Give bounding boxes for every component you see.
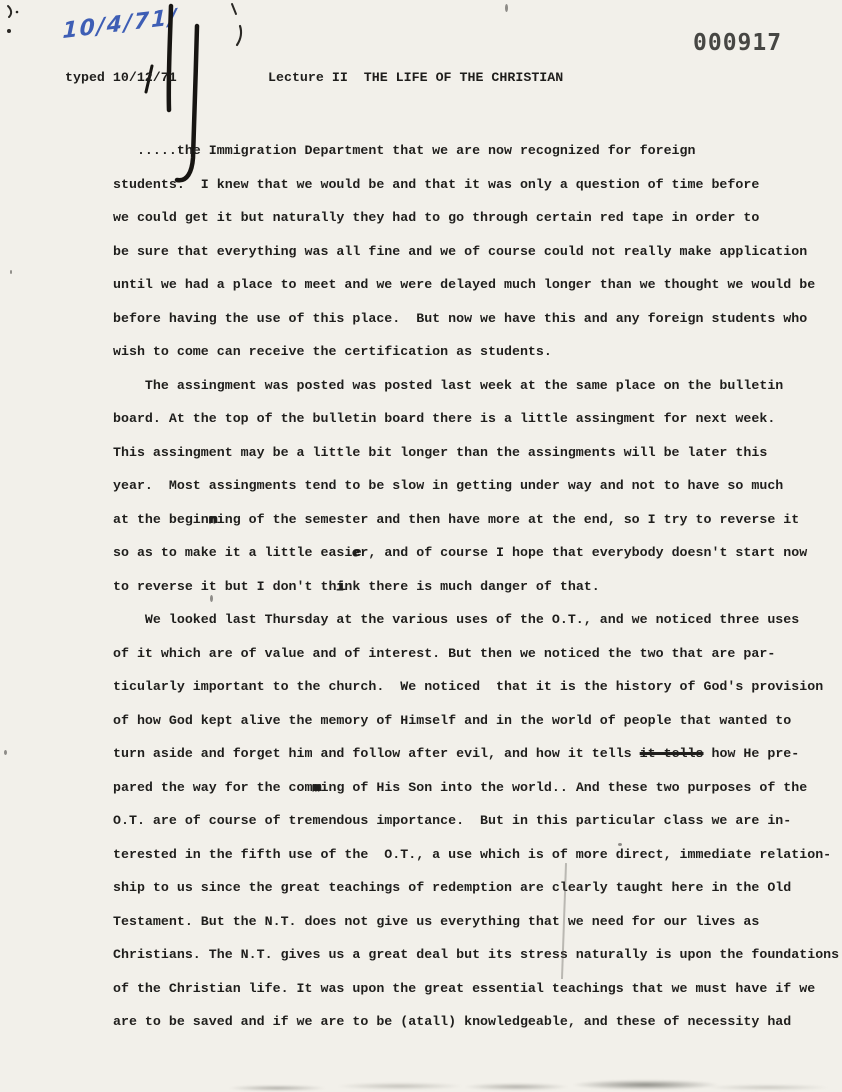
page-number-stamp: 000917	[693, 30, 782, 56]
overstruck-character: e	[352, 545, 360, 560]
text-line: to reverse it but I don't think there is…	[113, 570, 839, 604]
text-line: turn aside and forget him and follow aft…	[113, 737, 839, 771]
text-line: terested in the fifth use of the O.T., a…	[113, 838, 839, 872]
struck-out-text: it tells	[640, 746, 704, 761]
text-line: are to be saved and if we are to be (ata…	[113, 1005, 839, 1039]
document-body: .....the Immigration Department that we …	[113, 134, 839, 1039]
bottom-smudge-mark	[228, 1079, 842, 1092]
overstruck-character: n	[209, 512, 217, 527]
ink-speck	[4, 750, 7, 755]
page-title: Lecture II THE LIFE OF THE CHRISTIAN	[268, 70, 563, 85]
handwritten-date: 10/4/71/	[62, 5, 178, 44]
text-line: ship to us since the great teachings of …	[113, 871, 839, 905]
text-line: year. Most assingments tend to be slow i…	[113, 469, 839, 503]
text-line: Testament. But the N.T. does not give us…	[113, 905, 839, 939]
text-line: until we had a place to meet and we were…	[113, 268, 839, 302]
text-line: pared the way for the comming of His Son…	[113, 771, 839, 805]
overstruck-character: i	[336, 579, 344, 594]
overstruck-character: m	[313, 780, 321, 795]
text-line: board. At the top of the bulletin board …	[113, 402, 839, 436]
text-line: O.T. are of course of tremendous importa…	[113, 804, 839, 838]
text-line: .....the Immigration Department that we …	[113, 134, 839, 168]
text-line: The assingment was posted was posted las…	[113, 369, 839, 403]
text-line: of how God kept alive the memory of Hims…	[113, 704, 839, 738]
text-line: be sure that everything was all fine and…	[113, 235, 839, 269]
text-line: so as to make it a little easier, and of…	[113, 536, 839, 570]
text-line: of the Christian life. It was upon the g…	[113, 972, 839, 1006]
text-line: This assingment may be a little bit long…	[113, 436, 839, 470]
typed-date-label: typed 10/12/71	[65, 70, 177, 85]
text-line: ticularly important to the church. We no…	[113, 670, 839, 704]
text-line: at the beginning of the semester and the…	[113, 503, 839, 537]
text-line: wish to come can receive the certificati…	[113, 335, 839, 369]
ink-speck	[618, 843, 622, 846]
ink-speck	[210, 595, 213, 602]
text-line: students. I knew that we would be and th…	[113, 168, 839, 202]
text-line: of it which are of value and of interest…	[113, 637, 839, 671]
ink-speck	[505, 4, 508, 12]
text-line: before having the use of this place. But…	[113, 302, 839, 336]
text-line: Christians. The N.T. gives us a great de…	[113, 938, 839, 972]
document-page: 10/4/71/ typed 10/12/71 Lecture II THE L…	[0, 0, 842, 1092]
text-line: We looked last Thursday at the various u…	[113, 603, 839, 637]
ink-speck	[10, 270, 12, 274]
text-line: we could get it but naturally they had t…	[113, 201, 839, 235]
